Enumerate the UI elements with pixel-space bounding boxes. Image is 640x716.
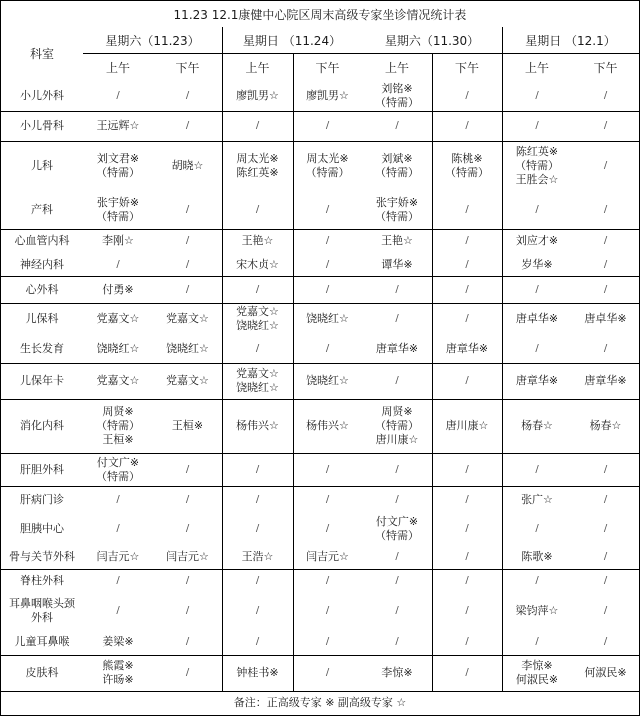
schedule-cell: 付文广※ （特需） bbox=[362, 514, 432, 544]
schedule-cell: / bbox=[572, 544, 639, 569]
schedule-cell: 唐卓华※ bbox=[572, 303, 639, 335]
schedule-cell: 杨伟兴☆ bbox=[293, 399, 362, 453]
schedule-cell: / bbox=[293, 514, 362, 544]
schedule-cell: / bbox=[572, 335, 639, 363]
divider bbox=[432, 53, 433, 691]
schedule-cell: / bbox=[83, 81, 153, 111]
schedule-cell: / bbox=[362, 453, 432, 486]
dept-name: 皮肤科 bbox=[1, 655, 83, 691]
schedule-cell: / bbox=[153, 453, 222, 486]
schedule-cell: / bbox=[502, 191, 572, 229]
dept-name: 消化内科 bbox=[1, 399, 83, 453]
schedule-cell: 闫吉元☆ bbox=[153, 544, 222, 569]
schedule-cell: / bbox=[222, 629, 293, 655]
schedule-cell: 李刚☆ bbox=[83, 229, 153, 253]
divider bbox=[1, 229, 639, 230]
dept-name: 儿保年卡 bbox=[1, 363, 83, 399]
schedule-cell: / bbox=[432, 486, 502, 514]
legend-note: 备注：正高级专家 ※ 副高级专家 ☆ bbox=[1, 691, 639, 715]
schedule-cell: / bbox=[432, 544, 502, 569]
schedule-cell: 唐章华※ bbox=[432, 335, 502, 363]
schedule-cell: 王桓※ bbox=[153, 399, 222, 453]
schedule-cell: / bbox=[432, 363, 502, 399]
schedule-cell: 党嘉文☆ bbox=[153, 363, 222, 399]
dept-name: 肝胆外科 bbox=[1, 453, 83, 486]
dept-name: 心血管内科 bbox=[1, 229, 83, 253]
schedule-cell: / bbox=[153, 486, 222, 514]
schedule-cell: 闫吉元☆ bbox=[293, 544, 362, 569]
divider bbox=[293, 53, 294, 691]
schedule-cell: / bbox=[432, 253, 502, 276]
schedule-cell: 党嘉文☆ bbox=[83, 303, 153, 335]
schedule-cell: 王艳☆ bbox=[222, 229, 293, 253]
schedule-cell: 陈红英※ （特需） 王胜会☆ bbox=[502, 141, 572, 191]
period-header: 下午 bbox=[572, 54, 639, 81]
schedule-cell: / bbox=[432, 655, 502, 691]
period-header: 上午 bbox=[222, 54, 293, 81]
period-header: 上午 bbox=[502, 54, 572, 81]
schedule-cell: / bbox=[502, 629, 572, 655]
dept-header: 科室 bbox=[1, 27, 83, 81]
schedule-cell: 周贤※ （特需） 唐川康☆ bbox=[362, 399, 432, 453]
day-header-1: 星期六（11.23） bbox=[83, 27, 222, 54]
schedule-cell: / bbox=[362, 111, 432, 141]
schedule-cell: 何淑民※ bbox=[572, 655, 639, 691]
schedule-cell: 周贤※ （特需） 王桓※ bbox=[83, 399, 153, 453]
dept-name: 产科 bbox=[1, 191, 83, 229]
schedule-cell: 廖凯男☆ bbox=[293, 81, 362, 111]
day-header-2: 星期日 （11.24） bbox=[222, 27, 362, 54]
schedule-cell: / bbox=[153, 276, 222, 303]
schedule-cell: / bbox=[572, 453, 639, 486]
schedule-cell: / bbox=[153, 81, 222, 111]
schedule-cell: 周太光※ 陈红英※ bbox=[222, 141, 293, 191]
day-header-3: 星期六（11.30） bbox=[362, 27, 502, 54]
schedule-cell: / bbox=[362, 629, 432, 655]
dept-name: 小儿骨科 bbox=[1, 111, 83, 141]
divider bbox=[1, 303, 639, 304]
period-header: 下午 bbox=[432, 54, 502, 81]
period-header: 上午 bbox=[83, 54, 153, 81]
schedule-cell: 谭华※ bbox=[362, 253, 432, 276]
schedule-cell: / bbox=[293, 253, 362, 276]
schedule-cell: / bbox=[502, 514, 572, 544]
schedule-cell: / bbox=[502, 453, 572, 486]
schedule-cell: / bbox=[432, 453, 502, 486]
schedule-cell: / bbox=[362, 486, 432, 514]
schedule-cell: / bbox=[293, 229, 362, 253]
schedule-cell: / bbox=[153, 229, 222, 253]
schedule-cell: 刘应才※ bbox=[502, 229, 572, 253]
schedule-cell: / bbox=[572, 253, 639, 276]
schedule-cell: / bbox=[222, 191, 293, 229]
schedule-cell: / bbox=[432, 276, 502, 303]
schedule-cell: / bbox=[362, 593, 432, 629]
schedule-sheet: 11.23 12.1康健中心院区周末高级专家坐诊情况统计表 科室 星期六（11.… bbox=[0, 0, 640, 716]
dept-name: 小儿外科 bbox=[1, 81, 83, 111]
schedule-cell: 姜梁※ bbox=[83, 629, 153, 655]
schedule-cell: 王艳☆ bbox=[362, 229, 432, 253]
divider bbox=[1, 111, 639, 112]
schedule-cell: 饶晓红☆ bbox=[293, 363, 362, 399]
schedule-cell: 周太光※ （特需） bbox=[293, 141, 362, 191]
dept-name: 儿科 bbox=[1, 141, 83, 191]
schedule-cell: / bbox=[222, 453, 293, 486]
schedule-cell: / bbox=[432, 569, 502, 593]
schedule-cell: / bbox=[83, 486, 153, 514]
schedule-cell: / bbox=[572, 486, 639, 514]
schedule-cell: / bbox=[362, 544, 432, 569]
divider bbox=[1, 569, 639, 570]
schedule-cell: 闫吉元☆ bbox=[83, 544, 153, 569]
schedule-cell: / bbox=[572, 593, 639, 629]
schedule-cell: 宋木贞☆ bbox=[222, 253, 293, 276]
schedule-cell: / bbox=[432, 111, 502, 141]
schedule-cell: 杨春☆ bbox=[572, 399, 639, 453]
period-header: 下午 bbox=[153, 54, 222, 81]
schedule-cell: 岁华※ bbox=[502, 253, 572, 276]
schedule-cell: 陈歌※ bbox=[502, 544, 572, 569]
schedule-cell: / bbox=[572, 569, 639, 593]
schedule-cell: / bbox=[572, 111, 639, 141]
schedule-cell: / bbox=[432, 229, 502, 253]
schedule-cell: / bbox=[432, 593, 502, 629]
schedule-cell: / bbox=[432, 514, 502, 544]
divider bbox=[1, 363, 639, 364]
divider bbox=[1, 399, 639, 400]
dept-name: 脊柱外科 bbox=[1, 569, 83, 593]
schedule-cell: 唐川康☆ bbox=[432, 399, 502, 453]
schedule-cell: 梁钧萍☆ bbox=[502, 593, 572, 629]
schedule-cell: / bbox=[153, 253, 222, 276]
schedule-cell: / bbox=[293, 335, 362, 363]
schedule-cell: 张宇娇※ （特需） bbox=[83, 191, 153, 229]
schedule-cell: 王浩☆ bbox=[222, 544, 293, 569]
schedule-cell: / bbox=[153, 569, 222, 593]
divider bbox=[83, 53, 639, 54]
schedule-cell: 李惊※ bbox=[362, 655, 432, 691]
schedule-cell: 饶晓红☆ bbox=[83, 335, 153, 363]
period-header: 上午 bbox=[362, 54, 432, 81]
schedule-cell: / bbox=[502, 81, 572, 111]
schedule-cell: / bbox=[572, 276, 639, 303]
schedule-cell: 廖凯男☆ bbox=[222, 81, 293, 111]
schedule-cell: / bbox=[572, 629, 639, 655]
schedule-cell: / bbox=[432, 303, 502, 335]
schedule-cell: / bbox=[572, 81, 639, 111]
schedule-cell: 李惊※ 何淑民※ bbox=[502, 655, 572, 691]
dept-name: 儿童耳鼻喉 bbox=[1, 629, 83, 655]
schedule-cell: / bbox=[83, 569, 153, 593]
schedule-cell: / bbox=[153, 593, 222, 629]
schedule-cell: 钟桂书※ bbox=[222, 655, 293, 691]
schedule-cell: / bbox=[222, 335, 293, 363]
schedule-cell: 党嘉文☆ 饶晓红☆ bbox=[222, 363, 293, 399]
schedule-cell: / bbox=[83, 593, 153, 629]
schedule-cell: / bbox=[572, 514, 639, 544]
schedule-cell: 党嘉文☆ bbox=[83, 363, 153, 399]
schedule-cell: / bbox=[572, 229, 639, 253]
schedule-cell: 唐章华※ bbox=[572, 363, 639, 399]
dept-name: 生长发育 bbox=[1, 335, 83, 363]
schedule-cell: / bbox=[83, 514, 153, 544]
dept-name: 神经内科 bbox=[1, 253, 83, 276]
schedule-cell: 张宇娇※ （特需） bbox=[362, 191, 432, 229]
schedule-cell: / bbox=[293, 486, 362, 514]
schedule-cell: 胡晓☆ bbox=[153, 141, 222, 191]
schedule-cell: / bbox=[222, 514, 293, 544]
dept-name: 心外科 bbox=[1, 276, 83, 303]
day-header-4: 星期日 （12.1） bbox=[502, 27, 639, 54]
divider bbox=[1, 141, 639, 142]
schedule-cell: / bbox=[293, 593, 362, 629]
schedule-cell: / bbox=[153, 514, 222, 544]
dept-name: 骨与关节外科 bbox=[1, 544, 83, 569]
dept-name: 儿保科 bbox=[1, 303, 83, 335]
schedule-cell: / bbox=[502, 111, 572, 141]
schedule-cell: 付勇※ bbox=[83, 276, 153, 303]
divider bbox=[222, 27, 223, 691]
dept-name: 耳鼻咽喉头颈 外科 bbox=[1, 593, 83, 629]
schedule-cell: 唐卓华※ bbox=[502, 303, 572, 335]
schedule-cell: / bbox=[572, 141, 639, 191]
schedule-cell: 杨春☆ bbox=[502, 399, 572, 453]
schedule-cell: 熊霞※ 许旸※ bbox=[83, 655, 153, 691]
schedule-cell: / bbox=[293, 655, 362, 691]
sheet-title: 11.23 12.1康健中心院区周末高级专家坐诊情况统计表 bbox=[1, 1, 639, 27]
schedule-cell: / bbox=[502, 569, 572, 593]
schedule-cell: / bbox=[222, 486, 293, 514]
schedule-cell: 饶晓红☆ bbox=[293, 303, 362, 335]
divider bbox=[1, 486, 639, 487]
schedule-cell: / bbox=[222, 276, 293, 303]
schedule-cell: 党嘉文☆ 饶晓红☆ bbox=[222, 303, 293, 335]
schedule-cell: 杨伟兴☆ bbox=[222, 399, 293, 453]
schedule-cell: / bbox=[153, 655, 222, 691]
divider bbox=[1, 655, 639, 656]
schedule-cell: 王远辉☆ bbox=[83, 111, 153, 141]
schedule-cell: 陈桃※ （特需） bbox=[432, 141, 502, 191]
schedule-cell: / bbox=[293, 453, 362, 486]
schedule-cell: / bbox=[502, 335, 572, 363]
divider bbox=[502, 27, 503, 691]
schedule-cell: / bbox=[432, 81, 502, 111]
schedule-cell: / bbox=[222, 593, 293, 629]
schedule-cell: / bbox=[293, 629, 362, 655]
dept-name: 胆胰中心 bbox=[1, 514, 83, 544]
schedule-cell: 张广☆ bbox=[502, 486, 572, 514]
schedule-cell: / bbox=[432, 629, 502, 655]
schedule-cell: / bbox=[153, 111, 222, 141]
schedule-cell: 党嘉文☆ bbox=[153, 303, 222, 335]
dept-name: 肝病门诊 bbox=[1, 486, 83, 514]
divider bbox=[1, 453, 639, 454]
schedule-cell: / bbox=[293, 276, 362, 303]
schedule-cell: / bbox=[362, 276, 432, 303]
schedule-cell: 付文广※ （特需） bbox=[83, 453, 153, 486]
schedule-cell: 饶晓红☆ bbox=[153, 335, 222, 363]
schedule-cell: 刘斌※ （特需） bbox=[362, 141, 432, 191]
schedule-cell: / bbox=[153, 191, 222, 229]
schedule-cell: / bbox=[293, 569, 362, 593]
schedule-cell: / bbox=[153, 629, 222, 655]
schedule-cell: 唐章华※ bbox=[362, 335, 432, 363]
schedule-cell: / bbox=[362, 569, 432, 593]
schedule-cell: 唐章华※ bbox=[502, 363, 572, 399]
schedule-cell: / bbox=[222, 111, 293, 141]
schedule-cell: / bbox=[362, 303, 432, 335]
divider bbox=[1, 276, 639, 277]
schedule-cell: / bbox=[222, 569, 293, 593]
schedule-cell: / bbox=[432, 191, 502, 229]
schedule-cell: / bbox=[502, 276, 572, 303]
schedule-cell: / bbox=[362, 363, 432, 399]
schedule-cell: / bbox=[293, 111, 362, 141]
schedule-cell: / bbox=[572, 191, 639, 229]
schedule-cell: / bbox=[83, 253, 153, 276]
schedule-cell: 刘铭※ （特需） bbox=[362, 81, 432, 111]
schedule-cell: 刘文君※ （特需） bbox=[83, 141, 153, 191]
period-header: 下午 bbox=[293, 54, 362, 81]
schedule-cell: / bbox=[293, 191, 362, 229]
